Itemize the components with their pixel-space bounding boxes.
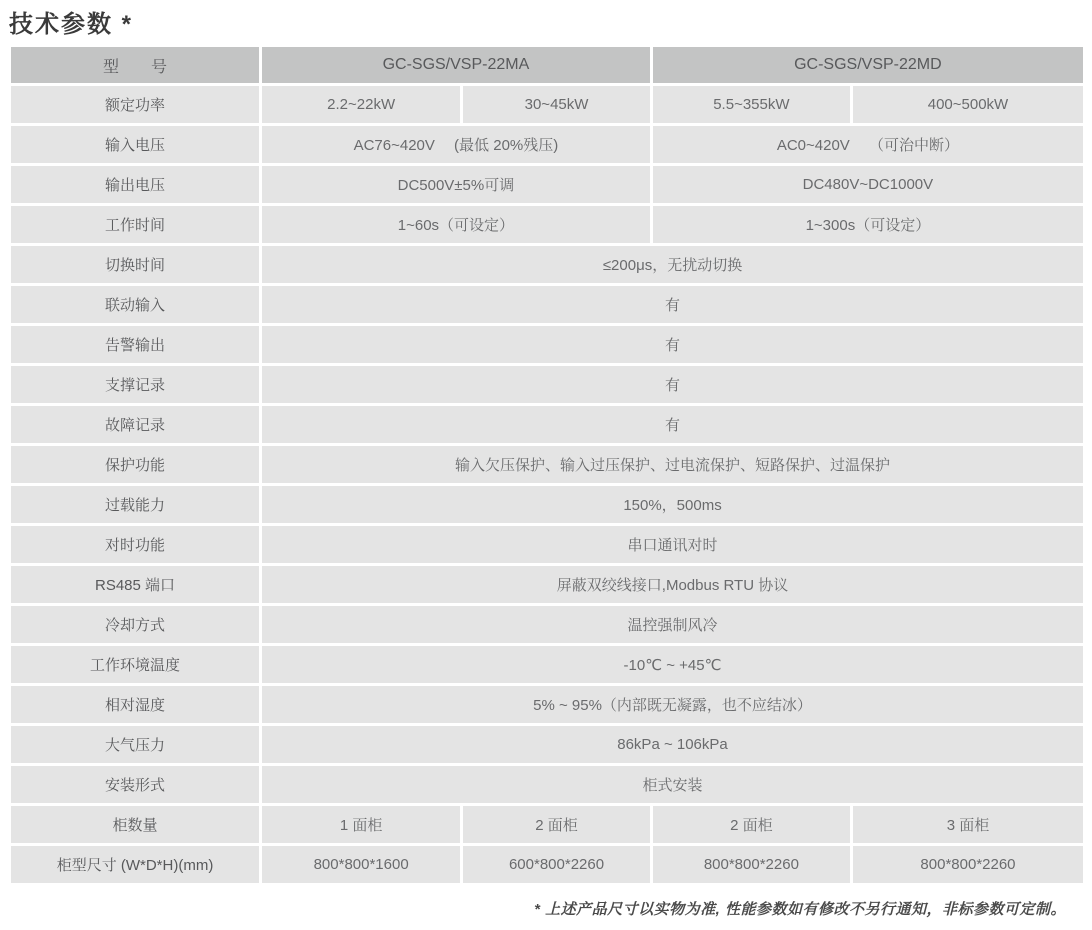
row-value: AC76~420V (最低 20%残压) — [262, 126, 650, 163]
table-row: 切换时间≤200μs，无扰动切换 — [11, 246, 1083, 283]
table-row: 大气压力86kPa ~ 106kPa — [11, 726, 1083, 763]
row-label: 安装形式 — [11, 766, 259, 803]
row-value: 30~45kW — [463, 86, 650, 123]
row-value: 2.2~22kW — [262, 86, 460, 123]
row-value: 5% ~ 95%（内部既无凝露，也不应结冰） — [262, 686, 1083, 723]
row-label: 柜数量 — [11, 806, 259, 843]
table-row: 冷却方式温控强制风冷 — [11, 606, 1083, 643]
row-value: 800*800*2260 — [853, 846, 1083, 883]
row-label: 切换时间 — [11, 246, 259, 283]
table-row: 工作时间1~60s（可设定）1~300s（可设定） — [11, 206, 1083, 243]
row-value: 温控强制风冷 — [262, 606, 1083, 643]
table-row: 对时功能串口通讯对时 — [11, 526, 1083, 563]
row-label: 柜型尺寸 (W*D*H)(mm) — [11, 846, 259, 883]
table-row: 相对湿度5% ~ 95%（内部既无凝露，也不应结冰） — [11, 686, 1083, 723]
row-value: 5.5~355kW — [653, 86, 850, 123]
table-row: 告警输出有 — [11, 326, 1083, 363]
header-model-label: 型 号 — [11, 47, 259, 83]
row-label: RS485 端口 — [11, 566, 259, 603]
row-label: 大气压力 — [11, 726, 259, 763]
row-label: 输入电压 — [11, 126, 259, 163]
row-label: 联动输入 — [11, 286, 259, 323]
row-value: DC480V~DC1000V — [653, 166, 1083, 203]
row-value: 3 面柜 — [853, 806, 1083, 843]
row-label: 过载能力 — [11, 486, 259, 523]
row-label: 故障记录 — [11, 406, 259, 443]
row-value: 有 — [262, 366, 1083, 403]
table-row: 输出电压DC500V±5%可调DC480V~DC1000V — [11, 166, 1083, 203]
table-row: 故障记录有 — [11, 406, 1083, 443]
row-value: DC500V±5%可调 — [262, 166, 650, 203]
table-row: RS485 端口屏蔽双绞线接口,Modbus RTU 协议 — [11, 566, 1083, 603]
row-label: 工作环境温度 — [11, 646, 259, 683]
header-model-a: GC-SGS/VSP-22MA — [262, 47, 650, 83]
page-title: 技术参数 * — [9, 4, 133, 39]
table-body: 型 号 GC-SGS/VSP-22MA GC-SGS/VSP-22MD 额定功率… — [11, 47, 1083, 883]
header-model-d: GC-SGS/VSP-22MD — [653, 47, 1083, 83]
table-row: 柜型尺寸 (W*D*H)(mm)800*800*1600600*800*2260… — [11, 846, 1083, 883]
table-row: 联动输入有 — [11, 286, 1083, 323]
row-label: 支撑记录 — [11, 366, 259, 403]
row-value: 有 — [262, 406, 1083, 443]
row-value: 2 面柜 — [653, 806, 850, 843]
table-row: 输入电压AC76~420V (最低 20%残压)AC0~420V （可治中断） — [11, 126, 1083, 163]
table-header-row: 型 号 GC-SGS/VSP-22MA GC-SGS/VSP-22MD — [11, 47, 1083, 83]
table-row: 保护功能输入欠压保护、输入过压保护、过电流保护、短路保护、过温保护 — [11, 446, 1083, 483]
row-value: 600*800*2260 — [463, 846, 650, 883]
row-value: AC0~420V （可治中断） — [653, 126, 1083, 163]
row-value: 柜式安装 — [262, 766, 1083, 803]
row-label: 告警输出 — [11, 326, 259, 363]
table-row: 柜数量1 面柜2 面柜2 面柜3 面柜 — [11, 806, 1083, 843]
row-label: 冷却方式 — [11, 606, 259, 643]
row-value: 有 — [262, 326, 1083, 363]
row-label: 对时功能 — [11, 526, 259, 563]
table-row: 支撑记录有 — [11, 366, 1083, 403]
spec-table: 型 号 GC-SGS/VSP-22MA GC-SGS/VSP-22MD 额定功率… — [8, 44, 1086, 886]
row-value: 输入欠压保护、输入过压保护、过电流保护、短路保护、过温保护 — [262, 446, 1083, 483]
row-label: 工作时间 — [11, 206, 259, 243]
row-value: 1~60s（可设定） — [262, 206, 650, 243]
row-value: 串口通讯对时 — [262, 526, 1083, 563]
row-value: 800*800*1600 — [262, 846, 460, 883]
table-row: 额定功率2.2~22kW30~45kW5.5~355kW400~500kW — [11, 86, 1083, 123]
row-value: ≤200μs，无扰动切换 — [262, 246, 1083, 283]
row-value: 800*800*2260 — [653, 846, 850, 883]
row-value: 150%，500ms — [262, 486, 1083, 523]
row-value: 1 面柜 — [262, 806, 460, 843]
row-value: 有 — [262, 286, 1083, 323]
row-label: 相对湿度 — [11, 686, 259, 723]
spec-sheet-page: 技术参数 * 型 号 GC-SGS/VSP-22MA GC-SGS/VSP-22… — [0, 0, 1092, 930]
row-label: 保护功能 — [11, 446, 259, 483]
row-value: 86kPa ~ 106kPa — [262, 726, 1083, 763]
row-value: 屏蔽双绞线接口,Modbus RTU 协议 — [262, 566, 1083, 603]
table-row: 安装形式柜式安装 — [11, 766, 1083, 803]
row-label: 输出电压 — [11, 166, 259, 203]
footnote: * 上述产品尺寸以实物为准, 性能参数如有修改不另行通知，非标参数可定制。 — [534, 898, 1066, 919]
row-value: 2 面柜 — [463, 806, 650, 843]
row-value: -10℃ ~ +45℃ — [262, 646, 1083, 683]
row-value: 400~500kW — [853, 86, 1083, 123]
table-row: 过载能力150%，500ms — [11, 486, 1083, 523]
row-label: 额定功率 — [11, 86, 259, 123]
row-value: 1~300s（可设定） — [653, 206, 1083, 243]
table-row: 工作环境温度-10℃ ~ +45℃ — [11, 646, 1083, 683]
